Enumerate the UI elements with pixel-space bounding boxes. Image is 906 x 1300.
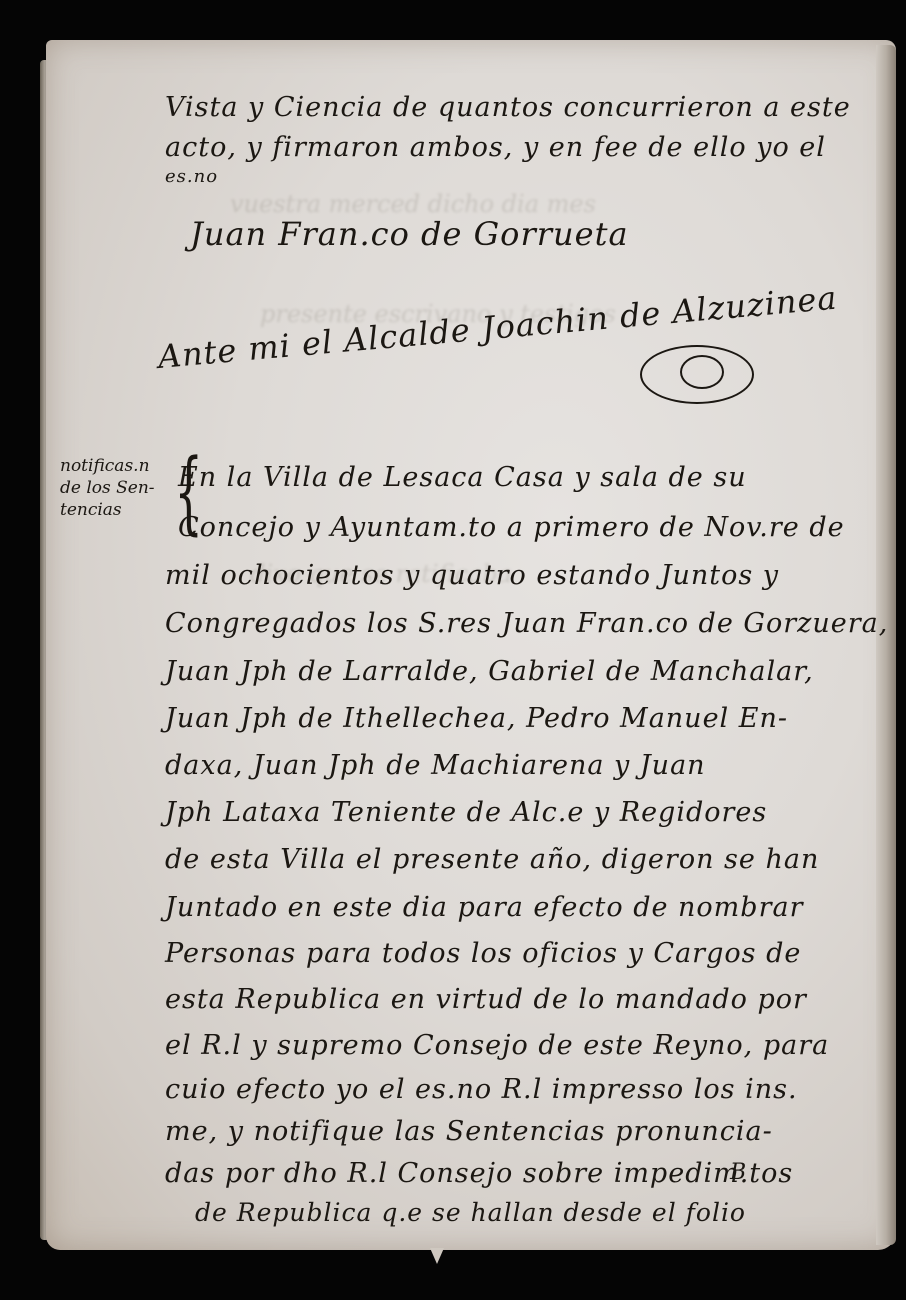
- text-line: Vista y Ciencia de quantos concurrieron …: [165, 92, 851, 123]
- text-line: acto, y firmaron ambos, y en fee de ello…: [165, 132, 826, 163]
- text-line: En la Villa de Lesaca Casa y sala de su: [178, 462, 747, 493]
- text-line: cuio efecto yo el es.no R.l impresso los…: [165, 1074, 798, 1105]
- text-line: esta Republica en virtud de lo mandado p…: [165, 984, 807, 1015]
- page-end-mark: B: [730, 1160, 747, 1185]
- text-line: de esta Villa el presente año, digeron s…: [165, 844, 819, 875]
- text-line: mil ochocientos y quatro estando Juntos …: [165, 560, 779, 591]
- text-line: Juan Jph de Larralde, Gabriel de Manchal…: [165, 656, 814, 687]
- text-line: es.no: [165, 166, 218, 187]
- next-page-edge: [876, 45, 896, 1245]
- text-line: Personas para todos los oficios y Cargos…: [165, 938, 801, 969]
- text-line: el R.l y supremo Consejo de este Reyno, …: [165, 1030, 829, 1061]
- margin-note-line: de los Sen-: [60, 477, 170, 499]
- text-line: de Republica q.e se hallan desde el foli…: [195, 1198, 746, 1227]
- text-line: Jph Lataxa Teniente de Alc.e y Regidores: [165, 797, 767, 828]
- text-line: Juan Jph de Ithellechea, Pedro Manuel En…: [165, 703, 788, 734]
- text-line: das por dho R.l Consejo sobre impedim.to…: [165, 1158, 793, 1189]
- page-tab-marker: [430, 1248, 444, 1264]
- text-line: Concejo y Ayuntam.to a primero de Nov.re…: [178, 512, 845, 543]
- text-line: Juntado en este dia para efecto de nombr…: [165, 892, 803, 923]
- text-line: Congregados los S.res Juan Fran.co de Go…: [165, 608, 888, 639]
- text-line: me, y notifique las Sentencias pronuncia…: [165, 1116, 773, 1147]
- text-line: daxa, Juan Jph de Machiarena y Juan: [165, 750, 706, 781]
- signature: Juan Fran.co de Gorrueta: [190, 215, 629, 253]
- margin-note-line: tencias: [60, 499, 170, 521]
- margin-note: notificas.n de los Sen- tencias: [60, 455, 170, 521]
- margin-note-line: notificas.n: [60, 455, 170, 477]
- signature-rubric-icon: [680, 355, 724, 389]
